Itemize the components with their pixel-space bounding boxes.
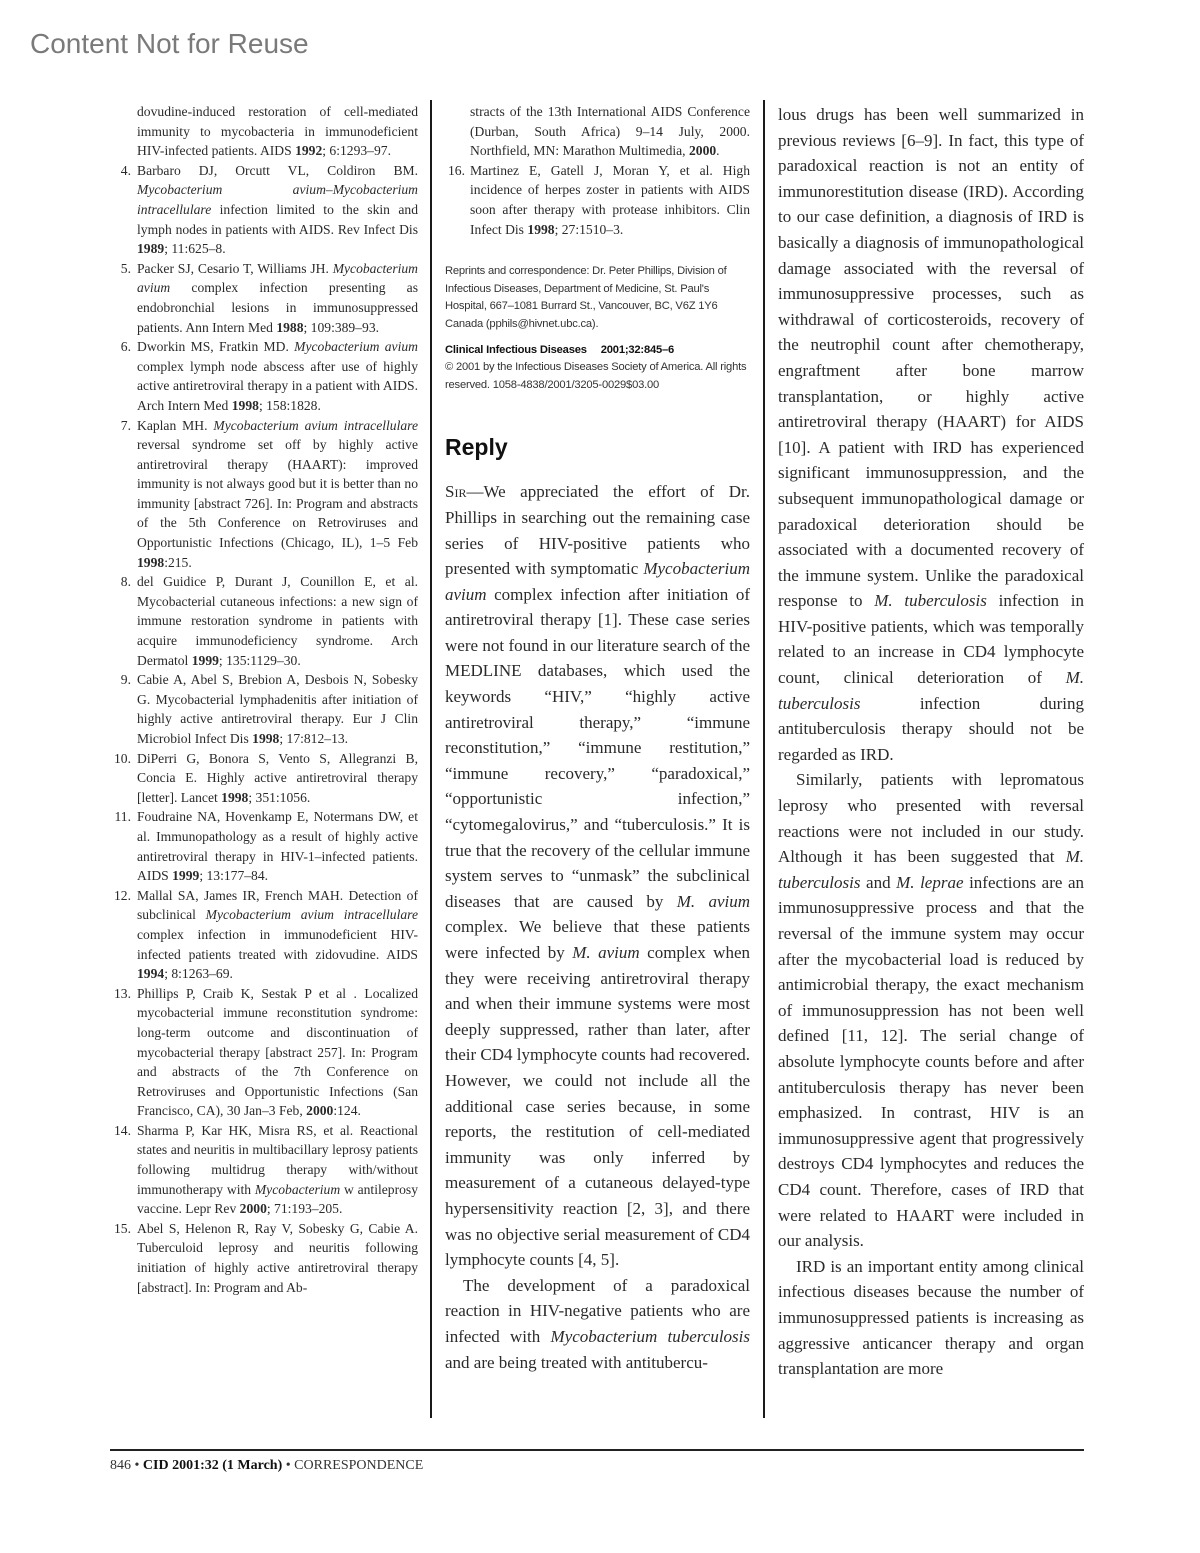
column-divider: [763, 100, 765, 1418]
paragraph: Sir—We appreciated the effort of Dr. Phi…: [445, 479, 750, 1272]
reply-body: Sir—We appreciated the effort of Dr. Phi…: [445, 479, 750, 1375]
journal-name: Clinical Infectious Diseases: [445, 344, 587, 356]
reference-item: 11.Foudraine NA, Hovenkamp E, Notermans …: [108, 807, 418, 885]
copyright: © 2001 by the Infectious Diseases Societ…: [445, 359, 750, 394]
reference-item: 4.Barbaro DJ, Orcutt VL, Coldiron BM. My…: [108, 161, 418, 259]
reference-list: dovudine-induced restoration of cell-med…: [108, 102, 418, 1297]
reference-number: 13.: [108, 984, 131, 1004]
journal-citation: Clinical Infectious Diseases2001;32:845–…: [445, 342, 750, 360]
reference-number: 9.: [108, 670, 131, 690]
reference-item: 7.Kaplan MH. Mycobacterium avium intrace…: [108, 416, 418, 573]
watermark: Content Not for Reuse: [30, 28, 309, 60]
section-title: Reply: [445, 434, 750, 461]
reference-item: 12.Mallal SA, James IR, French MAH. Dete…: [108, 886, 418, 984]
reference-item: dovudine-induced restoration of cell-med…: [108, 102, 418, 161]
column-1: dovudine-induced restoration of cell-med…: [108, 102, 418, 1297]
reference-number: 6.: [108, 337, 131, 357]
reference-number: 7.: [108, 416, 131, 436]
reference-list: stracts of the 13th International AIDS C…: [445, 102, 750, 239]
reference-item: stracts of the 13th International AIDS C…: [445, 102, 750, 161]
paragraph: The development of a paradoxical reactio…: [445, 1273, 750, 1375]
reprints-correspondence: Reprints and correspondence: Dr. Peter P…: [445, 263, 750, 333]
reference-item: 10.DiPerri G, Bonora S, Vento S, Allegra…: [108, 749, 418, 808]
paragraph: IRD is an important entity among clinica…: [778, 1254, 1084, 1382]
reference-item: 16.Martinez E, Gatell J, Moran Y, et al.…: [445, 161, 750, 239]
paragraph: lous drugs has been well summarized in p…: [778, 102, 1084, 767]
separator: •: [135, 1458, 140, 1473]
footer-divider: [110, 1449, 1084, 1451]
reference-item: 6.Dworkin MS, Fratkin MD. Mycobacterium …: [108, 337, 418, 415]
column-divider: [430, 100, 432, 1418]
reference-number: 10.: [108, 749, 131, 769]
reference-number: 12.: [108, 886, 131, 906]
page-number: 846: [110, 1458, 131, 1473]
reprints-block: Reprints and correspondence: Dr. Peter P…: [445, 263, 750, 394]
reference-item: 5.Packer SJ, Cesario T, Williams JH. Myc…: [108, 259, 418, 337]
reference-number: 11.: [108, 807, 131, 827]
journal-issue: CID 2001:32 (1 March): [143, 1458, 282, 1473]
paragraph: Similarly, patients with lepromatous lep…: [778, 767, 1084, 1253]
reference-number: 8.: [108, 572, 131, 592]
reference-number: 16.: [445, 161, 465, 181]
reference-number: 15.: [108, 1219, 131, 1239]
reference-item: 13.Phillips P, Craib K, Sestak P et al .…: [108, 984, 418, 1121]
page-footer: 846 • CID 2001:32 (1 March) • CORRESPOND…: [110, 1458, 423, 1474]
reference-number: 14.: [108, 1121, 131, 1141]
reference-item: 14.Sharma P, Kar HK, Misra RS, et al. Re…: [108, 1121, 418, 1219]
reply-body-continued: lous drugs has been well summarized in p…: [778, 102, 1084, 1382]
reference-item: 8.del Guidice P, Durant J, Counillon E, …: [108, 572, 418, 670]
separator: •: [286, 1458, 291, 1473]
reference-item: 15.Abel S, Helenon R, Ray V, Sobesky G, …: [108, 1219, 418, 1297]
reference-number: 5.: [108, 259, 131, 279]
column-3: lous drugs has been well summarized in p…: [778, 102, 1084, 1382]
citation: 2001;32:845–6: [601, 344, 674, 356]
section-name: CORRESPONDENCE: [294, 1458, 423, 1473]
column-2: stracts of the 13th International AIDS C…: [445, 102, 750, 1375]
salutation: Sir: [445, 482, 466, 501]
reference-number: 4.: [108, 161, 131, 181]
reference-item: 9.Cabie A, Abel S, Brebion A, Desbois N,…: [108, 670, 418, 748]
